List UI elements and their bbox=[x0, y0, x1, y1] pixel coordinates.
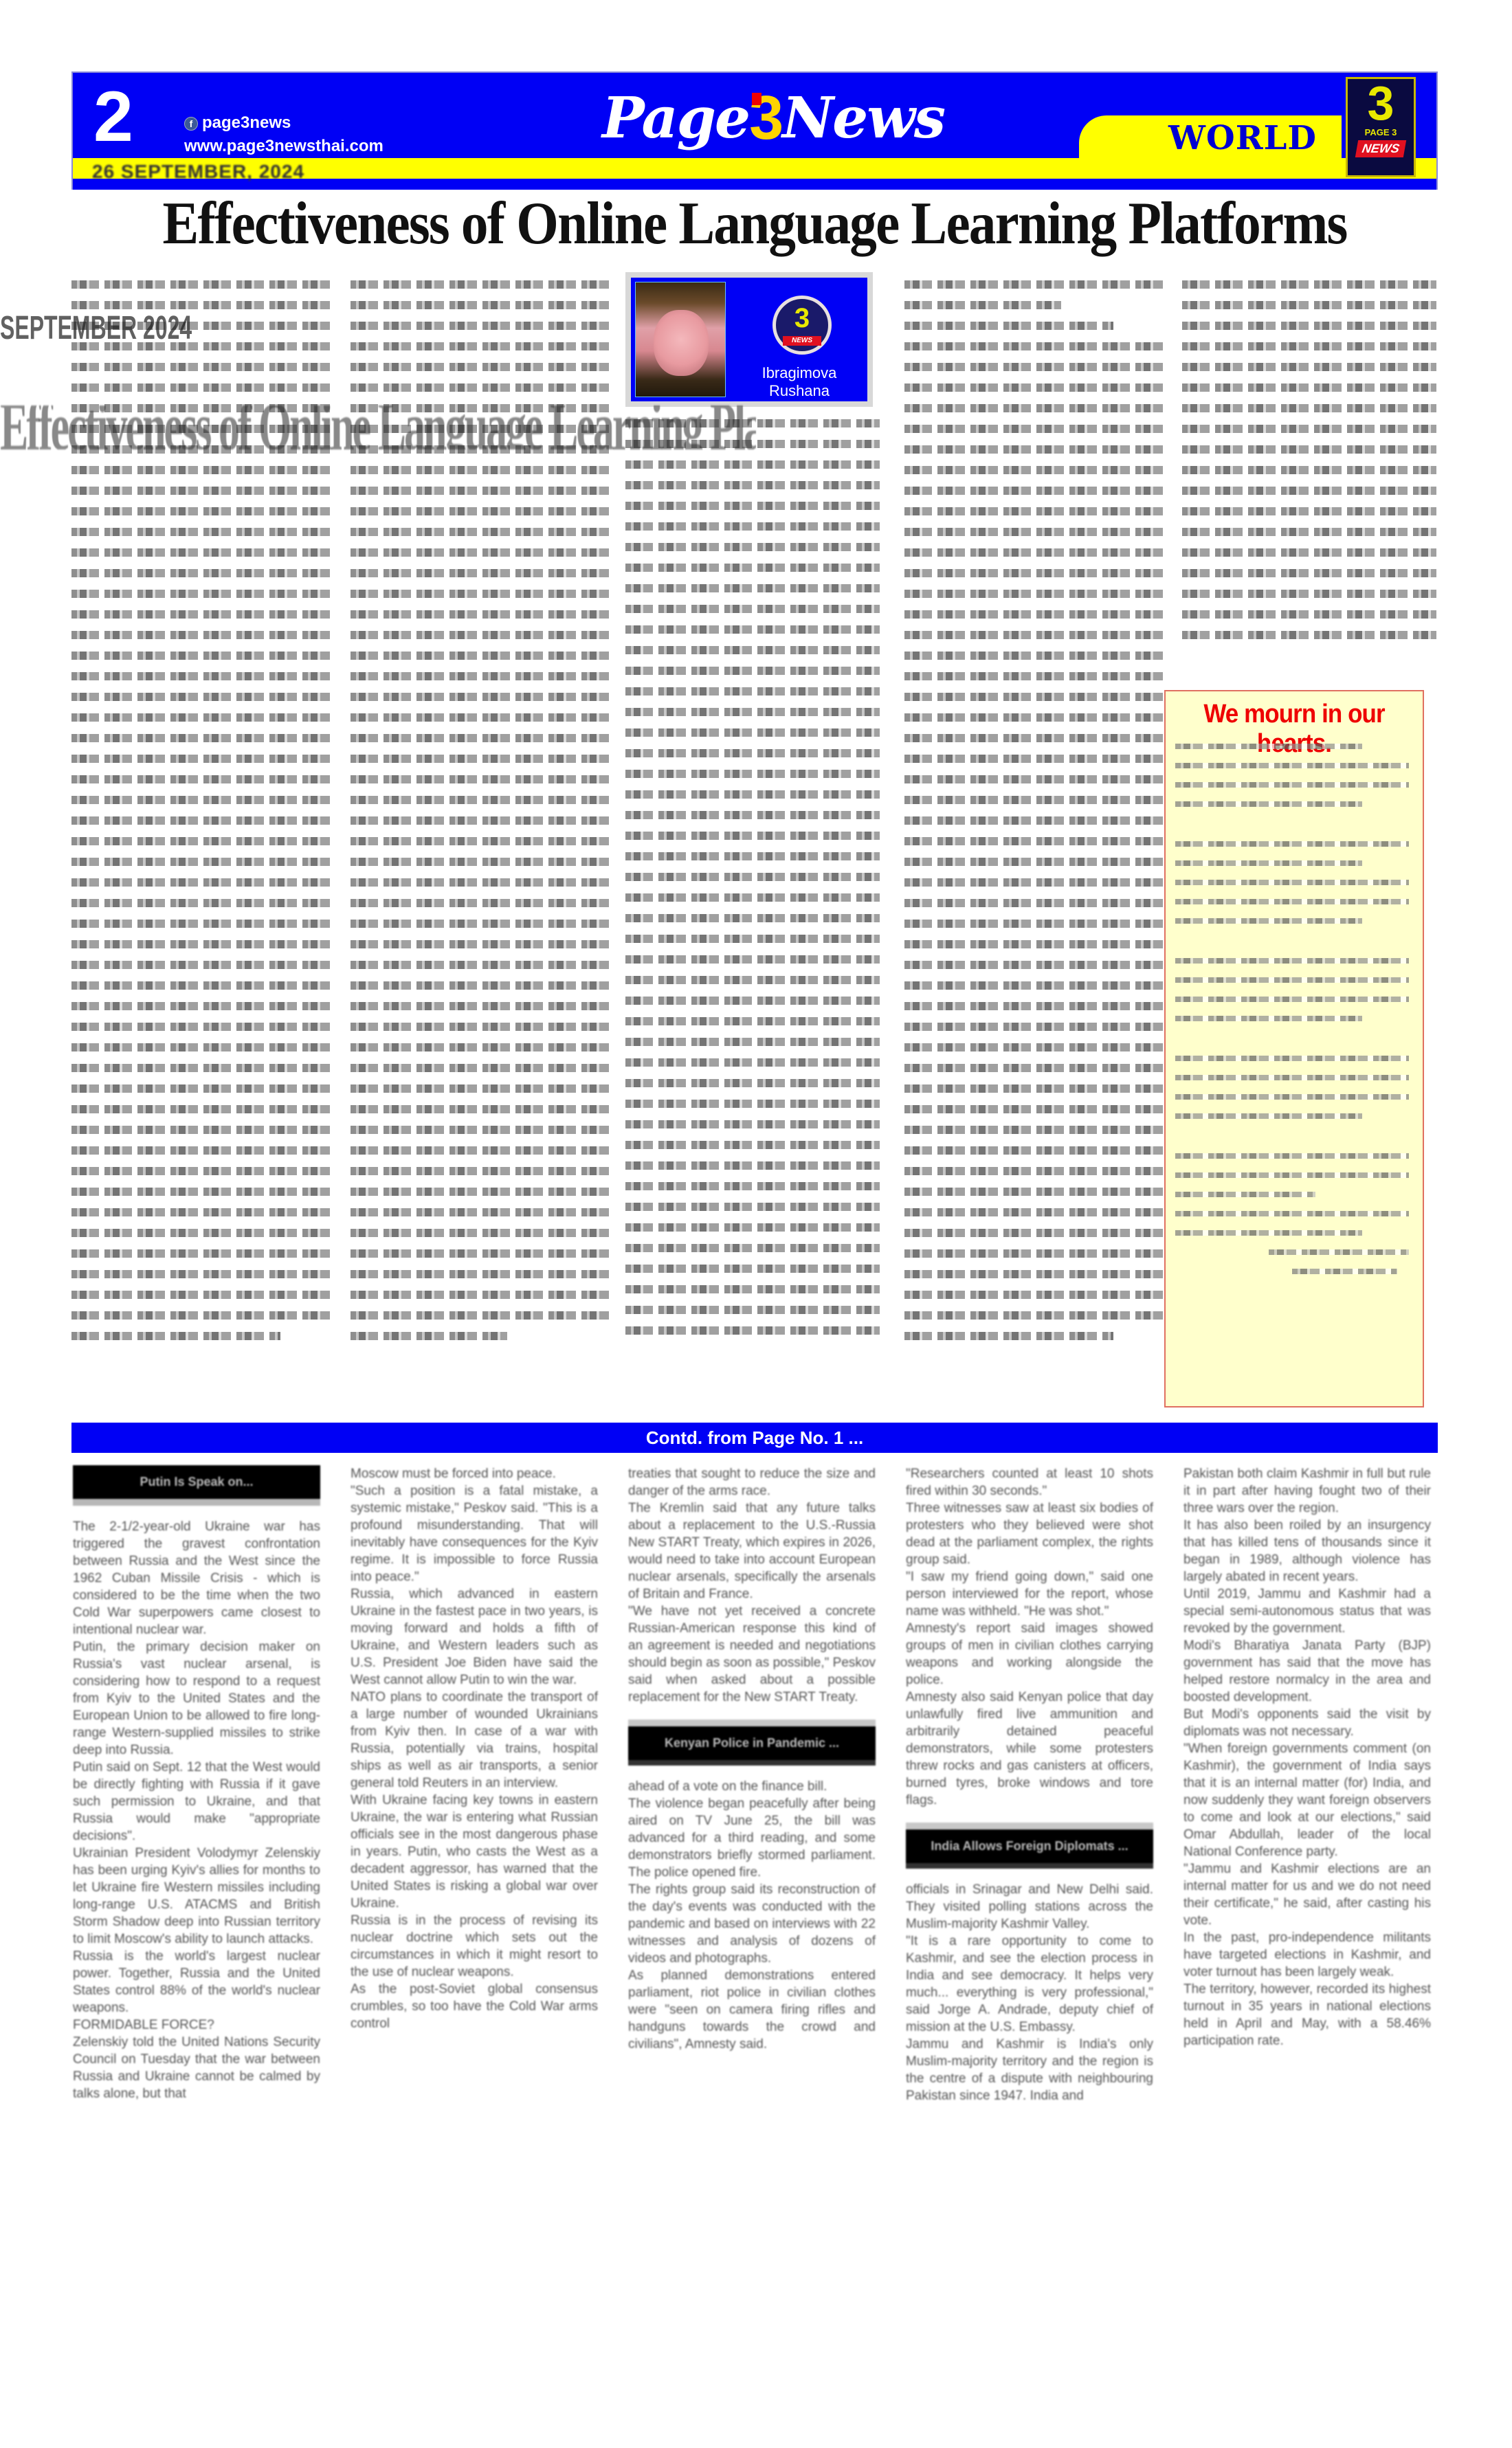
badge-news: NEWS bbox=[783, 336, 821, 346]
paragraph: It has also been roiled by an insurgency… bbox=[1183, 1517, 1431, 1585]
paragraph: Amnesty also said Kenyan police that day… bbox=[906, 1689, 1153, 1809]
paragraph: The 2-1/2-year-old Ukraine war has trigg… bbox=[73, 1518, 320, 1638]
paragraph: Russia, which advanced in eastern Ukrain… bbox=[351, 1585, 598, 1689]
kicker-putin: Putin Is Speak on... bbox=[73, 1465, 320, 1506]
mini-logo-number: 3 bbox=[1348, 79, 1414, 127]
website-link[interactable]: www.page3newsthai.com bbox=[184, 135, 383, 158]
author-photo bbox=[635, 282, 726, 397]
kicker-india-diplomats: India Allows Foreign Diplomats ... bbox=[906, 1823, 1153, 1869]
article-column-5 bbox=[1182, 280, 1436, 652]
section-label: WORLD bbox=[1168, 118, 1317, 158]
paragraph: The rights group said its reconstruction… bbox=[628, 1881, 876, 1967]
continued-column-2: Moscow must be forced into peace. "Such … bbox=[351, 1465, 598, 2032]
paragraph: The violence began peacefully after bein… bbox=[628, 1795, 876, 1881]
facebook-link[interactable]: fpage3news bbox=[184, 111, 383, 135]
author-last-name: Rushana bbox=[734, 382, 865, 400]
author-card-inner: 3 NEWS Ibragimova Rushana bbox=[631, 278, 867, 401]
facebook-icon: f bbox=[184, 117, 198, 131]
paragraph: "We have not yet received a concrete Rus… bbox=[628, 1603, 876, 1706]
masthead: 2 fpage3news www.page3newsthai.com 26 SE… bbox=[71, 71, 1438, 190]
paragraph: Until 2019, Jammu and Kashmir had a spec… bbox=[1183, 1585, 1431, 1637]
paragraph: "Researchers counted at least 10 shots f… bbox=[906, 1465, 1153, 1500]
page-number: 2 bbox=[93, 82, 133, 151]
paragraph: Putin, the primary decision maker on Rus… bbox=[73, 1638, 320, 1759]
facebook-handle: page3news bbox=[202, 113, 291, 132]
author-face bbox=[654, 310, 709, 376]
paragraph: "Such a position is a fatal mistake, a s… bbox=[351, 1482, 598, 1585]
mourning-notice: We mourn in our hearts. bbox=[1164, 690, 1424, 1407]
paragraph: Modi's Bharatiya Janata Party (BJP) gove… bbox=[1183, 1637, 1431, 1706]
author-name: Ibragimova Rushana bbox=[734, 364, 865, 400]
paragraph: Jammu and Kashmir is India's only Muslim… bbox=[906, 2036, 1153, 2104]
page3-mini-logo: 3 PAGE 3 NEWS bbox=[1346, 77, 1416, 177]
article-column-4 bbox=[904, 280, 1166, 1353]
paragraph: The territory, however, recorded its hig… bbox=[1183, 1981, 1431, 2049]
paragraph: Amnesty's report said images showed grou… bbox=[906, 1620, 1153, 1689]
paragraph: Putin said on Sept. 12 that the West wou… bbox=[73, 1759, 320, 1845]
paragraph: "When foreign governments comment (on Ka… bbox=[1183, 1740, 1431, 1860]
mini-logo-news: NEWS bbox=[1355, 140, 1406, 157]
mini-logo-page: PAGE 3 bbox=[1348, 127, 1414, 137]
paragraph: As the post-Soviet global consensus crum… bbox=[351, 1981, 598, 2032]
paragraph: With Ukraine facing key towns in eastern… bbox=[351, 1792, 598, 1912]
article-headline: Effectiveness of Online Language Learnin… bbox=[140, 191, 1369, 257]
continued-column-5: Pakistan both claim Kashmir in full but … bbox=[1183, 1465, 1431, 2049]
article-column-2 bbox=[351, 280, 612, 1353]
badge-number: 3 bbox=[794, 303, 810, 333]
paragraph: officials in Srinagar and New Delhi said… bbox=[906, 1881, 1153, 1933]
paragraph: As planned demonstrations entered parlia… bbox=[628, 1967, 876, 2053]
continued-column-3: treaties that sought to reduce the size … bbox=[628, 1465, 876, 2053]
newspaper-page: 2 fpage3news www.page3newsthai.com 26 SE… bbox=[0, 0, 1512, 2448]
paragraph: Moscow must be forced into peace. bbox=[351, 1465, 598, 1482]
paragraph: Russia is in the process of revising its… bbox=[351, 1912, 598, 1981]
continued-column-1: Putin Is Speak on... The 2-1/2-year-old … bbox=[73, 1465, 320, 2102]
article-column-3 bbox=[625, 419, 880, 1347]
newspaper-logo: Page 3 News bbox=[602, 77, 944, 159]
mourning-text bbox=[1175, 744, 1409, 1288]
paragraph: "Jammu and Kashmir elections are an inte… bbox=[1183, 1860, 1431, 1929]
paragraph: In the past, pro-independence militants … bbox=[1183, 1929, 1431, 1981]
paragraph: "It is a rare opportunity to come to Kas… bbox=[906, 1933, 1153, 2036]
paragraph: ahead of a vote on the finance bill. bbox=[628, 1778, 876, 1795]
paragraph: NATO plans to coordinate the transport o… bbox=[351, 1689, 598, 1792]
subheading: FORMIDABLE FORCE? bbox=[73, 2016, 320, 2034]
ghost-date-artifact: SEPTEMBER 2024 bbox=[0, 316, 192, 339]
paragraph: The Kremlin said that any future talks a… bbox=[628, 1500, 876, 1603]
paragraph: Zelenskiy told the United Nations Securi… bbox=[73, 2034, 320, 2102]
paragraph: Russia is the world's largest nuclear po… bbox=[73, 1948, 320, 2016]
issue-date: 26 SEPTEMBER, 2024 bbox=[92, 161, 304, 183]
paragraph: Ukrainian President Volodymyr Zelenskiy … bbox=[73, 1845, 320, 1948]
paragraph: Three witnesses saw at least six bodies … bbox=[906, 1500, 1153, 1568]
continued-banner: Contd. from Page No. 1 ... bbox=[71, 1423, 1438, 1453]
paragraph: "I saw my friend going down," said one p… bbox=[906, 1568, 1153, 1620]
logo-news-text: News bbox=[782, 85, 944, 151]
social-links: fpage3news www.page3newsthai.com bbox=[184, 111, 383, 158]
author-card: 3 NEWS Ibragimova Rushana bbox=[625, 272, 873, 407]
continued-column-4: "Researchers counted at least 10 shots f… bbox=[906, 1465, 1153, 2104]
paragraph: But Modi's opponents said the visit by d… bbox=[1183, 1706, 1431, 1740]
page3-badge-icon: 3 NEWS bbox=[772, 296, 832, 355]
author-first-name: Ibragimova bbox=[734, 364, 865, 382]
paragraph: treaties that sought to reduce the size … bbox=[628, 1465, 876, 1500]
kicker-kenyan-police: Kenyan Police in Pandemic ... bbox=[628, 1720, 876, 1766]
article-column-1 bbox=[71, 280, 333, 1353]
logo-three: 3 bbox=[749, 83, 782, 154]
logo-page-text: Page bbox=[602, 85, 749, 151]
paragraph: Pakistan both claim Kashmir in full but … bbox=[1183, 1465, 1431, 1517]
